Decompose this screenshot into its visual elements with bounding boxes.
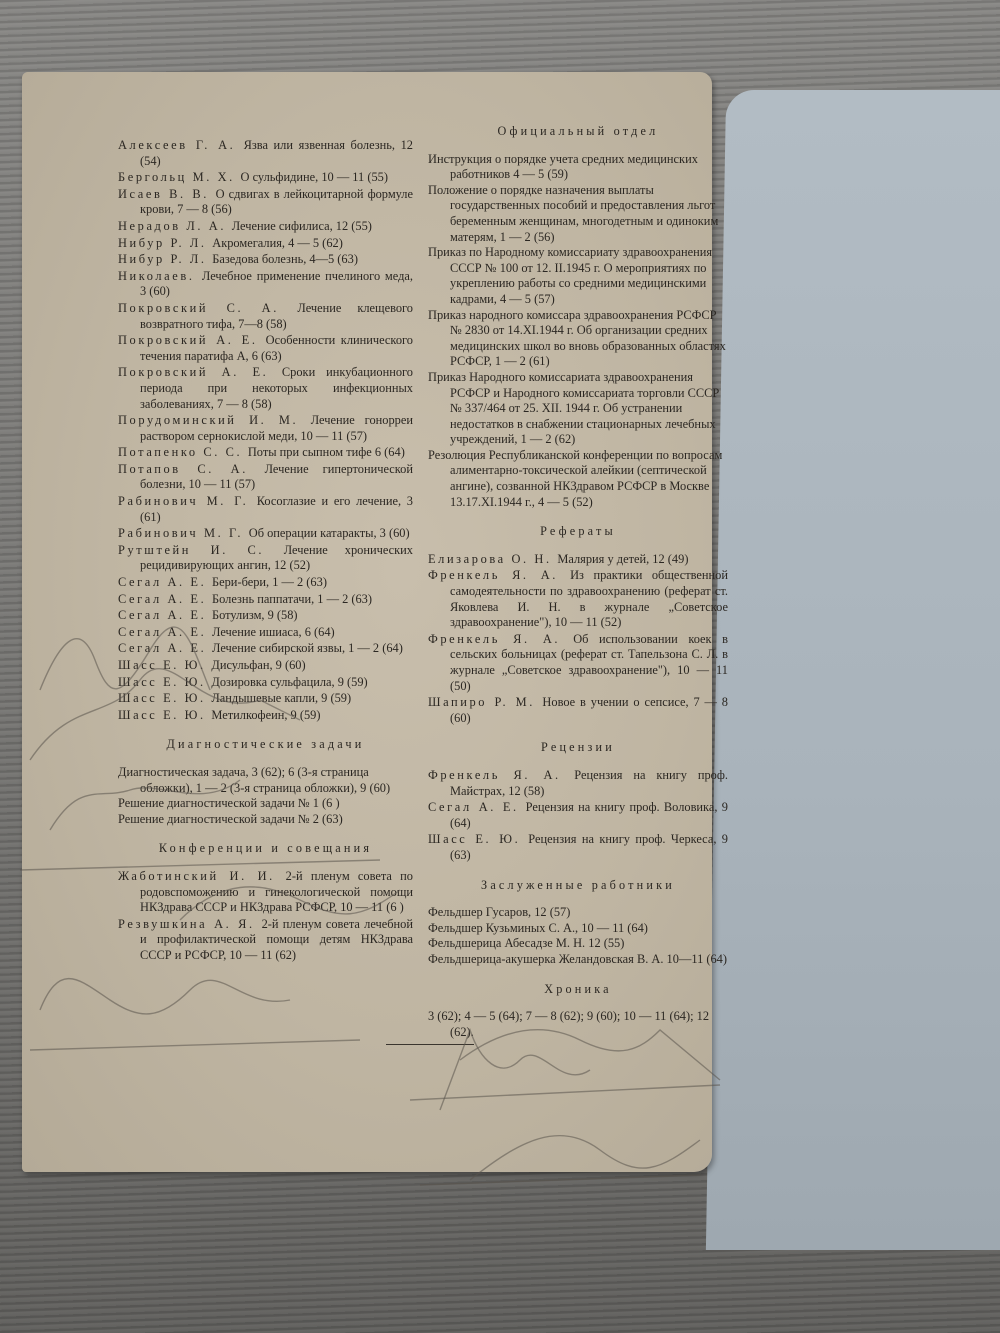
right-column: Официальный отделИнструкция о порядке уч… bbox=[428, 124, 728, 1040]
entry-author: Бергольц М. Х. bbox=[118, 170, 241, 184]
index-entry: Сегал А. Е. Бери-бери, 1 — 2 (63) bbox=[118, 575, 413, 591]
entry-title: Болезнь паппатачи, 1 — 2 (63) bbox=[212, 592, 372, 606]
entry-author: Сегал А. Е. bbox=[118, 641, 212, 655]
index-entry: Николаев. Лечебное применение пчелиного … bbox=[118, 269, 413, 300]
index-entry: Покровский А. Е. Особенности клиническог… bbox=[118, 333, 413, 364]
section-heading: Рефераты bbox=[428, 524, 728, 540]
entry-author: Рабинович М. Г. bbox=[118, 494, 257, 508]
index-entry: Сегал А. Е. Ботулизм, 9 (58) bbox=[118, 608, 413, 624]
entry-title: Фельдшер Кузьминых С. А., 10 — 11 (64) bbox=[428, 921, 648, 935]
index-entry: Сегал А. Е. Лечение ишиаса, 6 (64) bbox=[118, 625, 413, 641]
entry-author: Сегал А. Е. bbox=[118, 575, 212, 589]
index-entry: Покровский А. Е. Сроки инкубационного пе… bbox=[118, 365, 413, 412]
entry-author: Нибур Р. Л. bbox=[118, 236, 212, 250]
entry-author: Френкель Я. А. bbox=[428, 568, 570, 582]
index-entry: Сегал А. Е. Лечение сибирской язвы, 1 — … bbox=[118, 641, 413, 657]
entry-title: Фельдшерица Абесадзе М. Н. 12 (55) bbox=[428, 936, 624, 950]
entry-author: Елизарова О. Н. bbox=[428, 552, 557, 566]
entry-title: Решение диагностической задачи № 2 (63) bbox=[118, 812, 343, 826]
entry-title: 3 (62); 4 — 5 (64); 7 — 8 (62); 9 (60); … bbox=[428, 1009, 709, 1039]
entry-author: Шасс Е. Ю. bbox=[118, 708, 211, 722]
journal-back-cover bbox=[706, 90, 1000, 1250]
entry-title: Приказ народного комиссара здравоохранен… bbox=[428, 308, 726, 369]
index-entry: Рутштейн И. С. Лечение хронических рецид… bbox=[118, 543, 413, 574]
end-rule bbox=[386, 1044, 474, 1045]
index-entry: Елизарова О. Н. Малярия у детей, 12 (49) bbox=[428, 552, 728, 568]
entry-title: Приказ по Народному комиссариату здравоо… bbox=[428, 245, 712, 306]
entry-author: Покровский А. Е. bbox=[118, 365, 282, 379]
entry-author: Рутштейн И. С. bbox=[118, 543, 284, 557]
index-entry: Резолюция Республиканской конференции по… bbox=[428, 448, 728, 510]
entry-author: Резвушкина А. Я. bbox=[118, 917, 262, 931]
entry-title: Метилкофеин, 9 (59) bbox=[211, 708, 320, 722]
entry-author: Потапов С. А. bbox=[118, 462, 265, 476]
entry-title: Решение диагностической задачи № 1 (6 ) bbox=[118, 796, 340, 810]
signature-stroke bbox=[420, 1175, 700, 1185]
entry-title: Дозировка сульфацила, 9 (59) bbox=[211, 675, 367, 689]
entry-author: Порудоминский И. М. bbox=[118, 413, 311, 427]
entry-author: Покровский А. Е. bbox=[118, 333, 266, 347]
entry-title: Об операции катаракты, 3 (60) bbox=[249, 526, 410, 540]
index-entry: Шапиро Р. М. Новое в учении о сепсисе, 7… bbox=[428, 695, 728, 726]
index-entry: Сегал А. Е. Болезнь паппатачи, 1 — 2 (63… bbox=[118, 592, 413, 608]
entry-title: Малярия у детей, 12 (49) bbox=[557, 552, 688, 566]
right-sections: Официальный отделИнструкция о порядке уч… bbox=[428, 124, 728, 1040]
entry-author: Исаев В. В. bbox=[118, 187, 216, 201]
index-entry: Приказ народного комиссара здравоохранен… bbox=[428, 308, 728, 370]
entry-author: Покровский С. А. bbox=[118, 301, 297, 315]
index-entry: Исаев В. В. О сдвигах в лейкоцитарной фо… bbox=[118, 187, 413, 218]
entry-title: О сульфидине, 10 — 11 (55) bbox=[241, 170, 388, 184]
entry-title: Дисульфан, 9 (60) bbox=[211, 658, 305, 672]
section-heading: Диагностические задачи bbox=[118, 737, 413, 753]
index-entry: Порудоминский И. М. Лечение гонорреи рас… bbox=[118, 413, 413, 444]
index-entry: Рабинович М. Г. Косоглазие и его лечение… bbox=[118, 494, 413, 525]
entry-author: Сегал А. Е. bbox=[428, 800, 526, 814]
left-sections: Диагностические задачиДиагностическая за… bbox=[118, 737, 413, 963]
index-entry: Шасс Е. Ю. Дисульфан, 9 (60) bbox=[118, 658, 413, 674]
entry-title: Лечение сифилиса, 12 (55) bbox=[232, 219, 372, 233]
index-entry: Потапов С. А. Лечение гипертонической бо… bbox=[118, 462, 413, 493]
entry-title: Фельдшерица-акушерка Желандовская В. А. … bbox=[428, 952, 727, 966]
entry-title: Поты при сыпном тифе 6 (64) bbox=[248, 445, 405, 459]
entry-title: Приказ Народного комиссариата здравоохра… bbox=[428, 370, 719, 446]
entry-author: Шасс Е. Ю. bbox=[428, 832, 528, 846]
index-entry: Решение диагностической задачи № 2 (63) bbox=[118, 812, 413, 828]
entry-author: Френкель Я. А. bbox=[428, 768, 574, 782]
entry-title: Бери-бери, 1 — 2 (63) bbox=[212, 575, 327, 589]
entry-author: Николаев. bbox=[118, 269, 202, 283]
entry-title: Фельдшер Гусаров, 12 (57) bbox=[428, 905, 570, 919]
index-entry: Покровский С. А. Лечение клещевого возвр… bbox=[118, 301, 413, 332]
left-column: Алексеев Г. А. Язва или язвенная болезнь… bbox=[118, 138, 413, 965]
index-entry: Шасс Е. Ю. Рецензия на книгу проф. Черке… bbox=[428, 832, 728, 863]
entry-author: Френкель Я. А. bbox=[428, 632, 573, 646]
entry-title: Инструкция о порядке учета средних медиц… bbox=[428, 152, 698, 182]
entry-author: Шасс Е. Ю. bbox=[118, 691, 211, 705]
section-heading: Официальный отдел bbox=[428, 124, 728, 140]
index-entry: Нибур Р. Л. Базедова болезнь, 4—5 (63) bbox=[118, 252, 413, 268]
index-entry: Френкель Я. А. Из практики общественной … bbox=[428, 568, 728, 630]
index-entry: Диагностическая задача, 3 (62); 6 (3-я с… bbox=[118, 765, 413, 796]
entry-author: Рабинович М. Г. bbox=[118, 526, 249, 540]
index-entry: Положение о порядке назначения выплаты г… bbox=[428, 183, 728, 245]
index-entry: Шасс Е. Ю. Метилкофеин, 9 (59) bbox=[118, 708, 413, 724]
section-heading: Рецензии bbox=[428, 740, 728, 756]
section-heading: Хроника bbox=[428, 982, 728, 998]
entry-title: Базедова болезнь, 4—5 (63) bbox=[212, 252, 358, 266]
section-heading: Заслуженные работники bbox=[428, 878, 728, 894]
entry-author: Нибур Р. Л. bbox=[118, 252, 212, 266]
entry-title: Лечение ишиаса, 6 (64) bbox=[212, 625, 335, 639]
entry-title: Акромегалия, 4 — 5 (62) bbox=[212, 236, 343, 250]
index-entry: Френкель Я. А. Рецензия на книгу проф. М… bbox=[428, 768, 728, 799]
index-entry: Нибур Р. Л. Акромегалия, 4 — 5 (62) bbox=[118, 236, 413, 252]
index-entry: Фельдшерица-акушерка Желандовская В. А. … bbox=[428, 952, 728, 968]
index-entry: Нерадов Л. А. Лечение сифилиса, 12 (55) bbox=[118, 219, 413, 235]
entry-author: Сегал А. Е. bbox=[118, 625, 212, 639]
entry-author: Сегал А. Е. bbox=[118, 608, 212, 622]
index-entry: Решение диагностической задачи № 1 (6 ) bbox=[118, 796, 413, 812]
entry-title: Ботулизм, 9 (58) bbox=[212, 608, 298, 622]
index-entry: Алексеев Г. А. Язва или язвенная болезнь… bbox=[118, 138, 413, 169]
index-entry: Фельдшер Гусаров, 12 (57) bbox=[428, 905, 728, 921]
index-entry: 3 (62); 4 — 5 (64); 7 — 8 (62); 9 (60); … bbox=[428, 1009, 728, 1040]
index-entry: Инструкция о порядке учета средних медиц… bbox=[428, 152, 728, 183]
index-entry: Френкель Я. А. Об использовании коек в с… bbox=[428, 632, 728, 694]
entry-author: Нерадов Л. А. bbox=[118, 219, 232, 233]
entry-author: Алексеев Г. А. bbox=[118, 138, 244, 152]
entry-author: Сегал А. Е. bbox=[118, 592, 212, 606]
index-entry: Шасс Е. Ю. Ландышевые капли, 9 (59) bbox=[118, 691, 413, 707]
entry-title: Диагностическая задача, 3 (62); 6 (3-я с… bbox=[118, 765, 390, 795]
index-entry: Шасс Е. Ю. Дозировка сульфацила, 9 (59) bbox=[118, 675, 413, 691]
entry-author: Потапенко С. С. bbox=[118, 445, 248, 459]
entry-author: Шапиро Р. М. bbox=[428, 695, 542, 709]
author-index-list: Алексеев Г. А. Язва или язвенная болезнь… bbox=[118, 138, 413, 723]
index-entry: Фельдшерица Абесадзе М. Н. 12 (55) bbox=[428, 936, 728, 952]
index-entry: Рабинович М. Г. Об операции катаракты, 3… bbox=[118, 526, 413, 542]
index-entry: Приказ по Народному комиссариату здравоо… bbox=[428, 245, 728, 307]
index-entry: Жаботинский И. И. 2-й пленум совета по р… bbox=[118, 869, 413, 916]
entry-title: Ландышевые капли, 9 (59) bbox=[211, 691, 351, 705]
index-entry: Резвушкина А. Я. 2-й пленум совета лечеб… bbox=[118, 917, 413, 964]
index-entry: Фельдшер Кузьминых С. А., 10 — 11 (64) bbox=[428, 921, 728, 937]
entry-title: Резолюция Республиканской конференции по… bbox=[428, 448, 722, 509]
entry-author: Шасс Е. Ю. bbox=[118, 658, 211, 672]
entry-title: Лечение сибирской язвы, 1 — 2 (64) bbox=[212, 641, 403, 655]
section-heading: Конференции и совещания bbox=[118, 841, 413, 857]
entry-author: Шасс Е. Ю. bbox=[118, 675, 211, 689]
index-entry: Потапенко С. С. Поты при сыпном тифе 6 (… bbox=[118, 445, 413, 461]
index-entry: Приказ Народного комиссариата здравоохра… bbox=[428, 370, 728, 448]
index-entry: Бергольц М. Х. О сульфидине, 10 — 11 (55… bbox=[118, 170, 413, 186]
entry-author: Жаботинский И. И. bbox=[118, 869, 286, 883]
index-entry: Сегал А. Е. Рецензия на книгу проф. Воло… bbox=[428, 800, 728, 831]
entry-title: Положение о порядке назначения выплаты г… bbox=[428, 183, 718, 244]
